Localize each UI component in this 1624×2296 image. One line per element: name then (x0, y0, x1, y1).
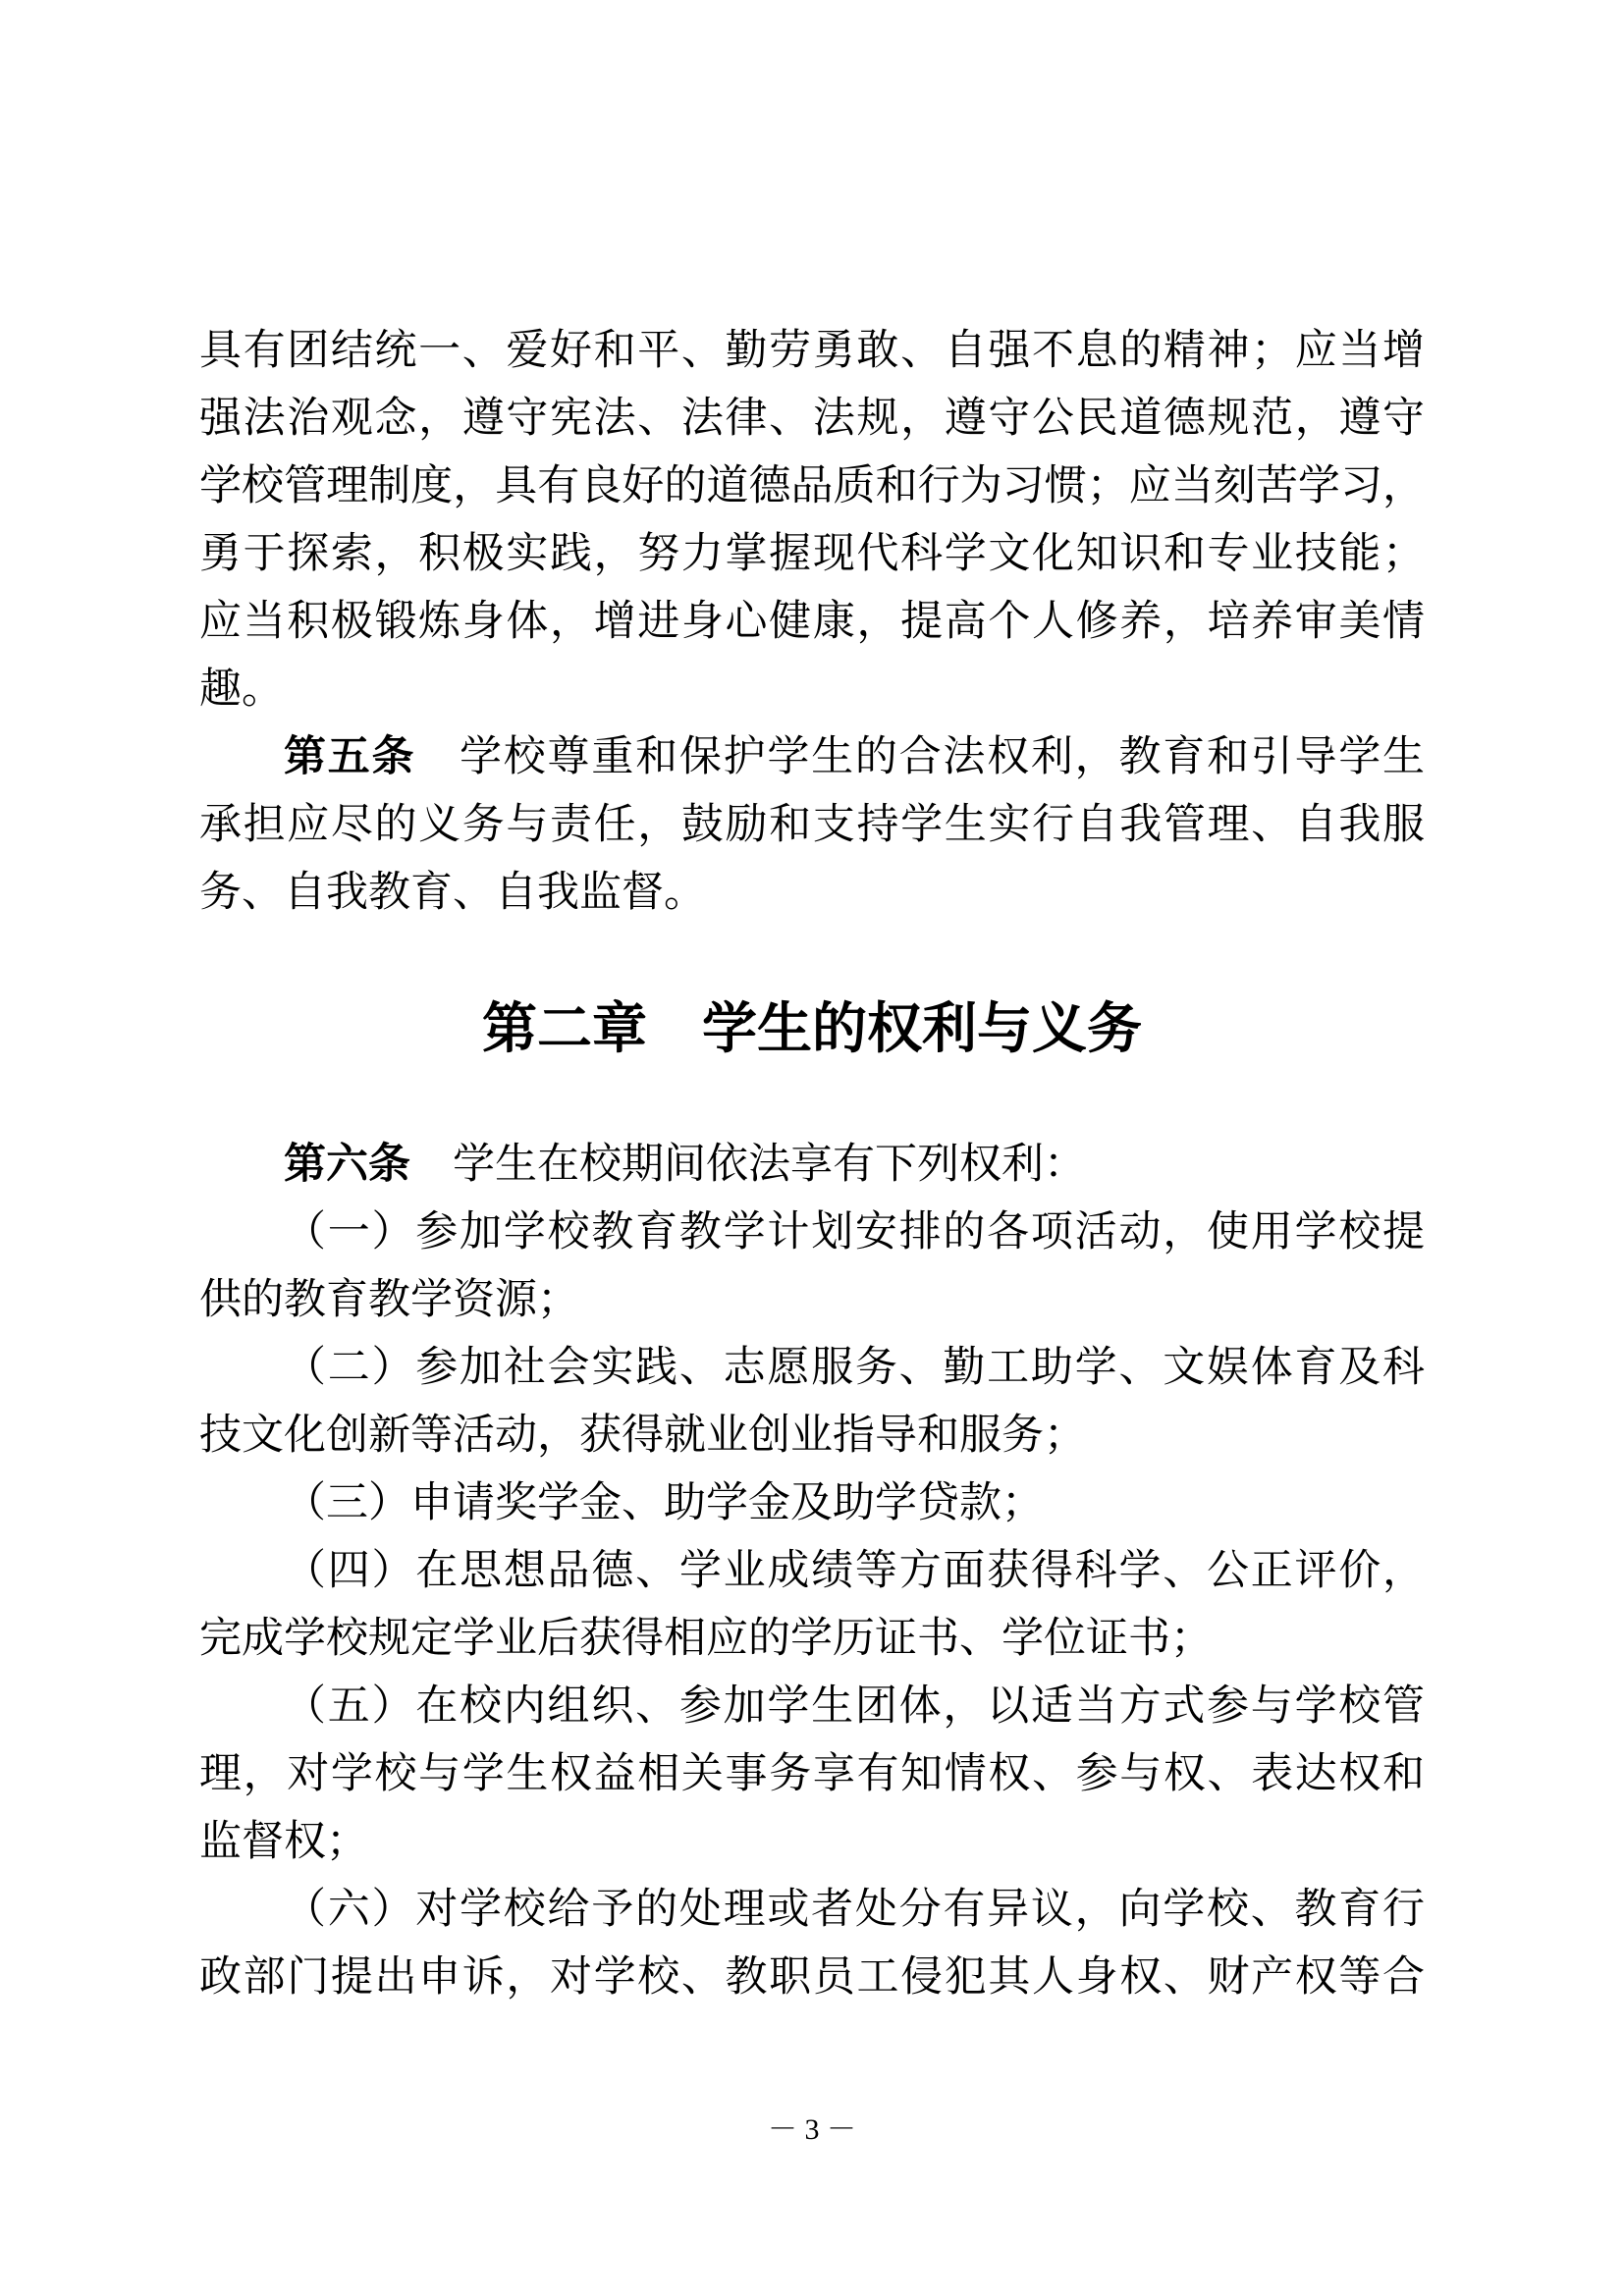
line-text: 技文化创新等活动，获得就业创业指导和服务； (199, 1413, 1086, 1459)
line-text: 应当积极锻炼身体，增进身心健康，提高个人修养，培养审美情 (199, 599, 1425, 645)
line-text: 学校管理制度，具有良好的道德品质和行为习惯；应当刻苦学习， (199, 463, 1425, 509)
text-line: 趣。 (199, 656, 1425, 723)
line-text: （三）申请奖学金、助学金及助学贷款； (284, 1480, 1044, 1526)
line-text: （四）在思想品德、学业成绩等方面获得科学、公正评价， (284, 1548, 1425, 1594)
article-number-label: 第五条 (284, 733, 415, 780)
text-line: 应当积极锻炼身体，增进身心健康，提高个人修养，培养审美情 (199, 588, 1425, 656)
line-text: 务、自我教育、自我监督。 (199, 870, 706, 916)
paragraph: （三）申请奖学金、助学金及助学贷款； (199, 1469, 1425, 1537)
line-text: 完成学校规定学业后获得相应的学历证书、学位证书； (199, 1616, 1213, 1662)
line-text: 政部门提出申诉，对学校、教职员工侵犯其人身权、财产权等合 (199, 1954, 1425, 2001)
paragraph: （四）在思想品德、学业成绩等方面获得科学、公正评价，完成学校规定学业后获得相应的… (199, 1537, 1425, 1673)
text-line: 具有团结统一、爱好和平、勤劳勇敢、自强不息的精神；应当增 (199, 317, 1425, 385)
paragraph: 第六条 学生在校期间依法享有下列权利： (199, 1131, 1425, 1199)
line-text: 具有团结统一、爱好和平、勤劳勇敢、自强不息的精神；应当增 (199, 328, 1425, 374)
document-page: 具有团结统一、爱好和平、勤劳勇敢、自强不息的精神；应当增强法治观念，遵守宪法、法… (0, 0, 1624, 2296)
line-text: 勇于探索，积极实践，努力掌握现代科学文化知识和专业技能； (199, 531, 1425, 577)
text-line: （五）在校内组织、参加学生团体，以适当方式参与学校管 (199, 1673, 1425, 1740)
text-line: 务、自我教育、自我监督。 (199, 859, 1425, 927)
text-line: 监督权； (199, 1808, 1425, 1876)
line-text: 学生在校期间依法享有下列权利： (410, 1142, 1086, 1188)
line-text: （六）对学校给予的处理或者处分有异议，向学校、教育行 (284, 1887, 1425, 1933)
paragraph: （五）在校内组织、参加学生团体，以适当方式参与学校管理，对学校与学生权益相关事务… (199, 1673, 1425, 1876)
line-text: 承担应尽的义务与责任，鼓励和支持学生实行自我管理、自我服 (199, 802, 1425, 848)
line-text: 趣。 (199, 667, 284, 713)
text-line: 供的教育教学资源； (199, 1266, 1425, 1334)
line-text: （五）在校内组织、参加学生团体，以适当方式参与学校管 (284, 1683, 1425, 1730)
text-line: （六）对学校给予的处理或者处分有异议，向学校、教育行 (199, 1876, 1425, 1944)
text-line: （一）参加学校教育教学计划安排的各项活动，使用学校提 (199, 1199, 1425, 1266)
text-line: （四）在思想品德、学业成绩等方面获得科学、公正评价， (199, 1537, 1425, 1605)
paragraph: （二）参加社会实践、志愿服务、勤工助学、文娱体育及科技文化创新等活动，获得就业创… (199, 1334, 1425, 1469)
line-text: 强法治观念，遵守宪法、法律、法规，遵守公民道德规范，遵守 (199, 396, 1425, 442)
paragraph: 具有团结统一、爱好和平、勤劳勇敢、自强不息的精神；应当增强法治观念，遵守宪法、法… (199, 317, 1425, 723)
line-text: （一）参加学校教育教学计划安排的各项活动，使用学校提 (284, 1209, 1425, 1255)
article-number-label: 第六条 (284, 1141, 410, 1188)
text-line: （二）参加社会实践、志愿服务、勤工助学、文娱体育及科 (199, 1334, 1425, 1402)
page-footer: － 3 － (0, 2110, 1624, 2150)
text-line: 强法治观念，遵守宪法、法律、法规，遵守公民道德规范，遵守 (199, 385, 1425, 453)
text-line: 第六条 学生在校期间依法享有下列权利： (199, 1131, 1425, 1199)
text-line: 技文化创新等活动，获得就业创业指导和服务； (199, 1402, 1425, 1469)
paragraph: 第五条 学校尊重和保护学生的合法权利，教育和引导学生承担应尽的义务与责任，鼓励和… (199, 723, 1425, 927)
line-text: 学校尊重和保护学生的合法权利，教育和引导学生 (415, 734, 1425, 780)
text-line: 政部门提出申诉，对学校、教职员工侵犯其人身权、财产权等合 (199, 1944, 1425, 2011)
line-text: （二）参加社会实践、志愿服务、勤工助学、文娱体育及科 (284, 1345, 1425, 1391)
paragraph: （六）对学校给予的处理或者处分有异议，向学校、教育行政部门提出申诉，对学校、教职… (199, 1876, 1425, 2011)
text-line: 承担应尽的义务与责任，鼓励和支持学生实行自我管理、自我服 (199, 791, 1425, 859)
paragraph: （一）参加学校教育教学计划安排的各项活动，使用学校提供的教育教学资源； (199, 1199, 1425, 1334)
text-line: （三）申请奖学金、助学金及助学贷款； (199, 1469, 1425, 1537)
line-text: 理，对学校与学生权益相关事务享有知情权、参与权、表达权和 (199, 1751, 1425, 1797)
line-text: 供的教育教学资源； (199, 1277, 579, 1323)
text-line: 理，对学校与学生权益相关事务享有知情权、参与权、表达权和 (199, 1740, 1425, 1808)
text-line: 学校管理制度，具有良好的道德品质和行为习惯；应当刻苦学习， (199, 453, 1425, 520)
text-line: 勇于探索，积极实践，努力掌握现代科学文化知识和专业技能； (199, 520, 1425, 588)
line-text: 监督权； (199, 1819, 368, 1865)
text-line: 第五条 学校尊重和保护学生的合法权利，教育和引导学生 (199, 723, 1425, 791)
page-number: － 3 － (768, 2113, 856, 2146)
chapter-heading: 第二章 学生的权利与义务 (199, 988, 1425, 1070)
document-body: 具有团结统一、爱好和平、勤劳勇敢、自强不息的精神；应当增强法治观念，遵守宪法、法… (199, 317, 1425, 2011)
text-line: 完成学校规定学业后获得相应的学历证书、学位证书； (199, 1605, 1425, 1673)
